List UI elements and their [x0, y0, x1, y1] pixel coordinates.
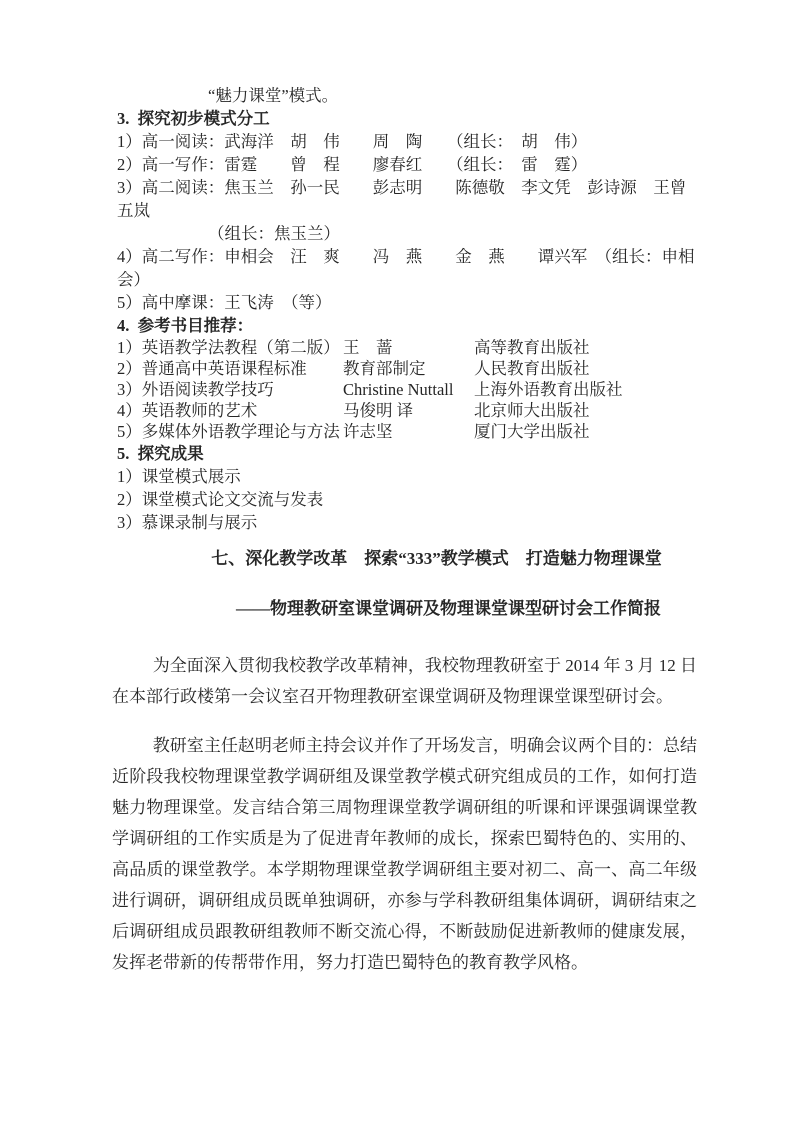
roster-line-grade2-writing: 4）高二写作：申相会 汪 爽 冯 燕 金 燕 谭兴军 （组长：申相 [112, 245, 697, 268]
report-title: 七、深化教学改革 探索“333”教学模式 打造魅力物理课堂 [112, 546, 697, 572]
intro-line: “魅力课堂”模式。 [112, 84, 697, 107]
section3-heading: 3. 探究初步模式分工 [112, 107, 697, 130]
roster-line-grade1-writing: 2）高一写作：雷霆 曾 程 廖春红 （组长： 雷 霆） [112, 153, 697, 176]
section5-heading: 5. 探究成果 [112, 442, 697, 465]
book-author: Christine Nuttall [343, 379, 474, 400]
roster-line-wrap: 五岚 [112, 199, 697, 222]
report-paragraph-2: 教研室主任赵明老师主持会议并作了开场发言，明确会议两个目的：总结近阶段我校物理课… [112, 730, 697, 978]
roster-line-leader: （组长：焦玉兰） [112, 222, 697, 245]
roster-line-grade1-reading: 1）高一阅读：武海洋 胡 伟 周 陶 （组长： 胡 伟） [112, 130, 697, 153]
report-subtitle: ——物理教研室课堂调研及物理课堂课型研讨会工作简报 [112, 596, 697, 622]
roster-line-demo-class: 5）高中摩课：王飞涛 （等） [112, 291, 697, 314]
book-publisher: 北京师大出版社 [474, 400, 590, 421]
book-row: 5）多媒体外语教学理论与方法 许志坚 厦门大学出版社 [112, 421, 697, 442]
book-title: 3）外语阅读教学技巧 [117, 379, 343, 400]
roster-line-wrap2: 会） [112, 268, 697, 291]
book-author: 王 蔷 [343, 337, 474, 358]
report-paragraph-1: 为全面深入贯彻我校教学改革精神，我校物理教研室于 2014 年 3 月 12 日… [112, 650, 697, 712]
book-row: 4）英语教师的艺术 马俊明 译 北京师大出版社 [112, 400, 697, 421]
result-item: 2）课堂模式论文交流与发表 [112, 488, 697, 511]
result-item: 3）慕课录制与展示 [112, 511, 697, 534]
book-row: 3）外语阅读教学技巧 Christine Nuttall 上海外语教育出版社 [112, 379, 697, 400]
section4-heading: 4. 参考书目推荐： [112, 314, 697, 337]
book-row: 1）英语教学法教程（第二版） 王 蔷 高等教育出版社 [112, 337, 697, 358]
roster-line-grade2-reading: 3）高二阅读：焦玉兰 孙一民 彭志明 陈德敬 李文凭 彭诗源 王曾 [112, 176, 697, 199]
book-author: 教育部制定 [343, 358, 474, 379]
book-row: 2）普通高中英语课程标准 教育部制定 人民教育出版社 [112, 358, 697, 379]
book-author: 马俊明 译 [343, 400, 474, 421]
book-publisher: 上海外语教育出版社 [474, 379, 623, 400]
book-title: 4）英语教师的艺术 [117, 400, 343, 421]
book-publisher: 厦门大学出版社 [474, 421, 590, 442]
book-title: 2）普通高中英语课程标准 [117, 358, 343, 379]
book-author: 许志坚 [343, 421, 474, 442]
result-item: 1）课堂模式展示 [112, 465, 697, 488]
book-publisher: 高等教育出版社 [474, 337, 590, 358]
document-page: “魅力课堂”模式。 3. 探究初步模式分工 1）高一阅读：武海洋 胡 伟 周 陶… [0, 0, 800, 1130]
book-title: 1）英语教学法教程（第二版） [117, 337, 343, 358]
book-title: 5）多媒体外语教学理论与方法 [117, 421, 343, 442]
book-publisher: 人民教育出版社 [474, 358, 590, 379]
